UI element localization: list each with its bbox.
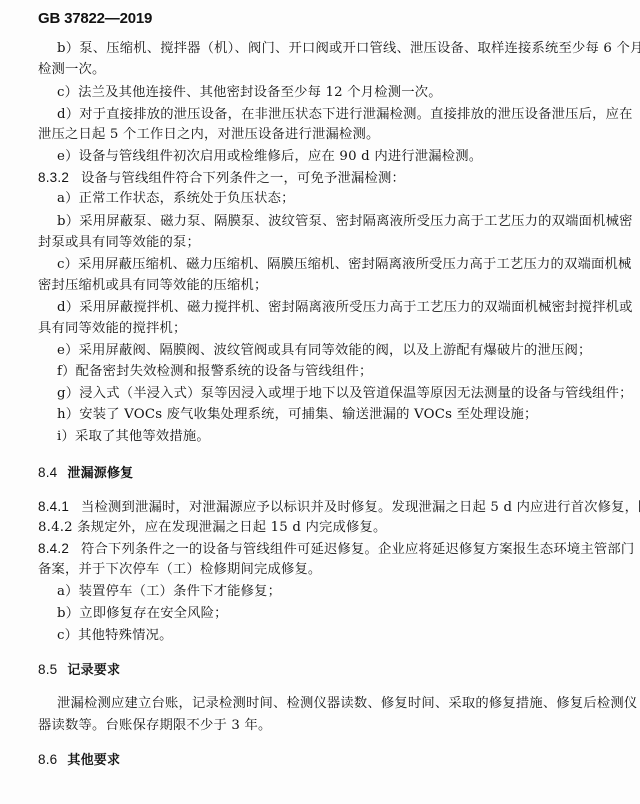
- lower-content: [0, 0, 640, 804]
